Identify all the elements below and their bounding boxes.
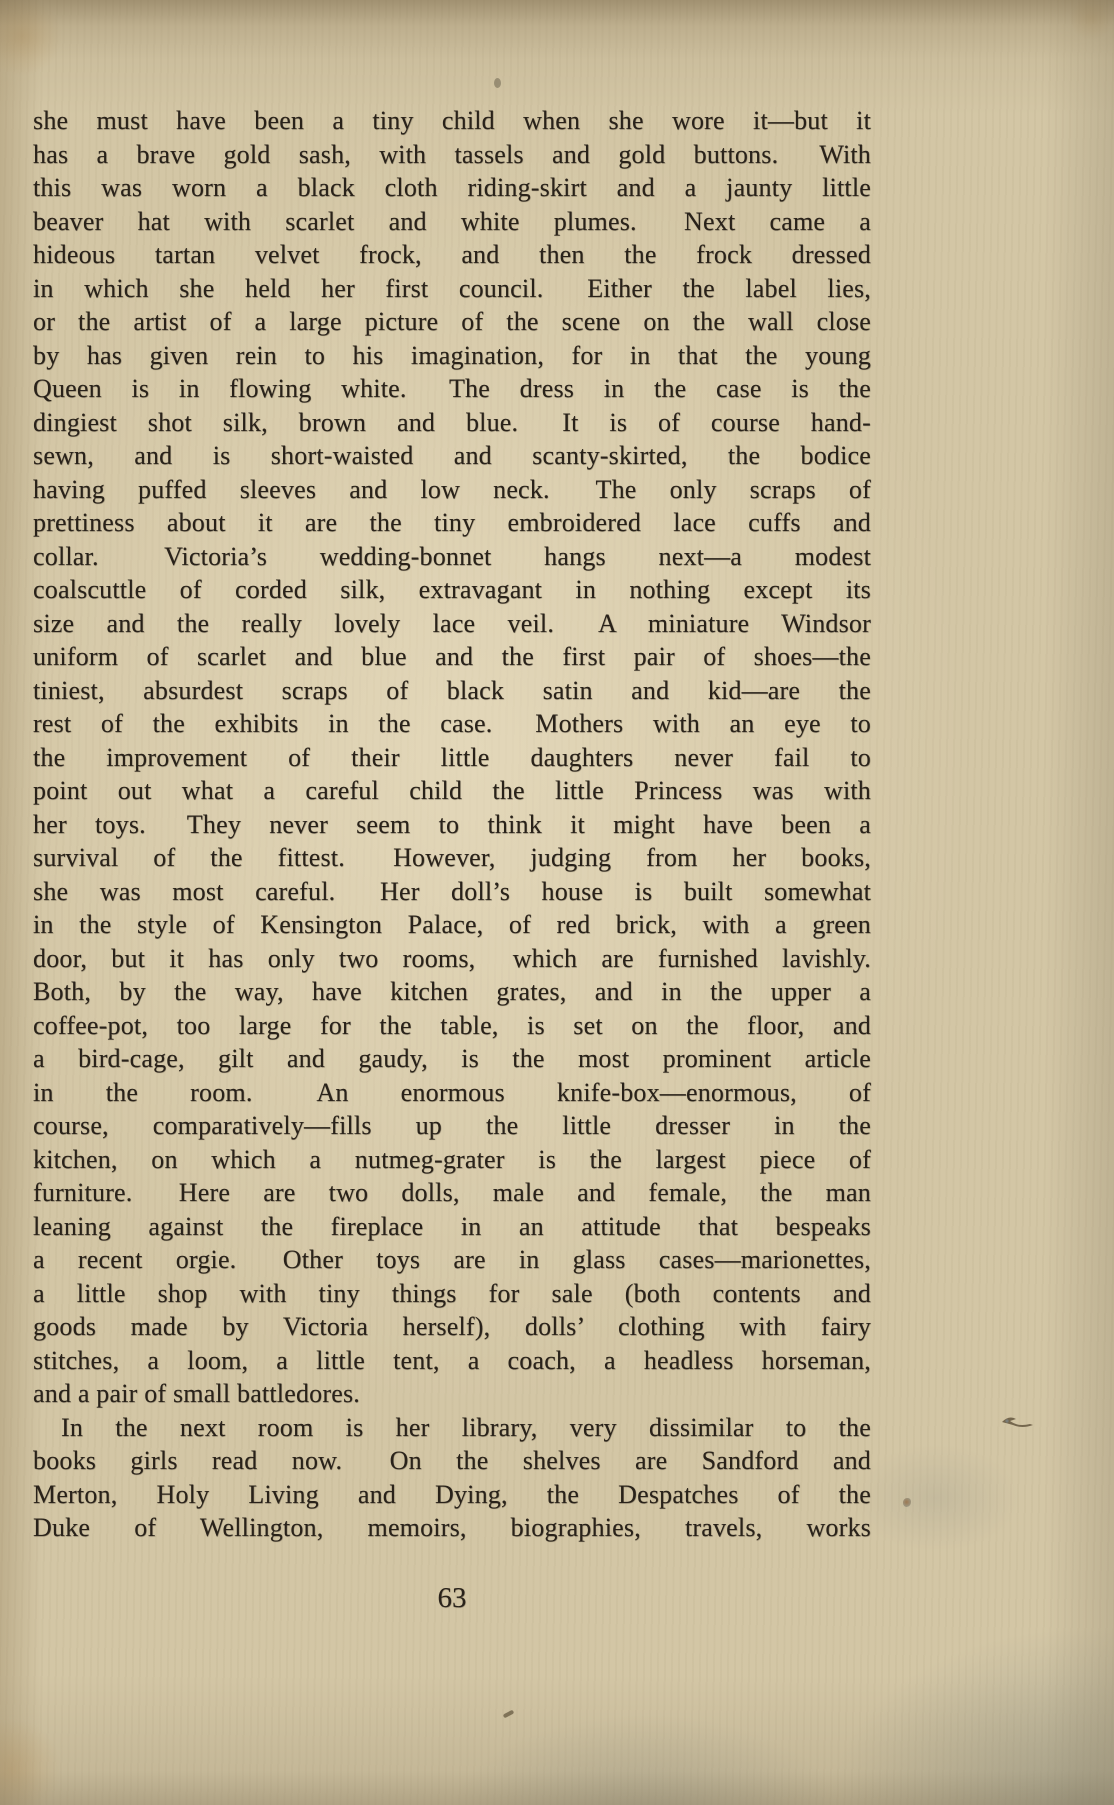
text-line: by has given rein to his imagination, fo… — [33, 339, 871, 373]
paragraph: she must have been a tiny child when she… — [33, 104, 871, 1411]
text-line: in which she held her first council. Eit… — [33, 272, 871, 306]
text-line: in the room. An enormous knife-box—enorm… — [33, 1076, 871, 1110]
text-line: or the artist of a large picture of the … — [33, 305, 871, 339]
text-line: kitchen, on which a nutmeg-grater is the… — [33, 1143, 871, 1177]
text-line: Queen is in flowing white. The dress in … — [33, 372, 871, 406]
text-line: goods made by Victoria herself), dolls’ … — [33, 1310, 871, 1344]
text-line: hideous tartan velvet frock, and then th… — [33, 238, 871, 272]
page-number: 63 — [33, 1578, 871, 1618]
text-line: door, but it has only two rooms, which a… — [33, 942, 871, 976]
text-line: in the style of Kensington Palace, of re… — [33, 908, 871, 942]
text-line: Duke of Wellington, memoirs, biographies… — [33, 1511, 871, 1545]
text-line: furniture. Here are two dolls, male and … — [33, 1176, 871, 1210]
text-line: rest of the exhibits in the case. Mother… — [33, 707, 871, 741]
page-text: she must have been a tiny child when she… — [33, 104, 871, 1545]
text-line: the improvement of their little daughter… — [33, 741, 871, 775]
text-line: having puffed sleeves and low neck. The … — [33, 473, 871, 507]
text-line: dingiest shot silk, brown and blue. It i… — [33, 406, 871, 440]
paragraph: In the next room is her library, very di… — [33, 1411, 871, 1545]
text-line: stitches, a loom, a little tent, a coach… — [33, 1344, 871, 1378]
text-line: books girls read now. On the shelves are… — [33, 1444, 871, 1478]
text-line: and a pair of small battledores. — [33, 1377, 871, 1411]
paper-speck — [903, 1498, 911, 1507]
text-line: Merton, Holy Living and Dying, the Despa… — [33, 1478, 871, 1512]
text-line: size and the really lovely lace veil. A … — [33, 607, 871, 641]
text-line: she must have been a tiny child when she… — [33, 104, 871, 138]
text-line: course, comparatively—fills up the littl… — [33, 1109, 871, 1143]
text-line: beaver hat with scarlet and white plumes… — [33, 205, 871, 239]
paper-speck — [494, 78, 501, 88]
text-line: point out what a careful child the littl… — [33, 774, 871, 808]
text-line: a little shop with tiny things for sale … — [33, 1277, 871, 1311]
text-line: coffee-pot, too large for the table, is … — [33, 1009, 871, 1043]
text-line: Both, by the way, have kitchen grates, a… — [33, 975, 871, 1009]
text-line: collar. Victoria’s wedding-bonnet hangs … — [33, 540, 871, 574]
text-line: prettiness about it are the tiny embroid… — [33, 506, 871, 540]
paper-speck — [503, 1710, 515, 1719]
book-page-scan: she must have been a tiny child when she… — [0, 0, 1114, 1805]
text-line: has a brave gold sash, with tassels and … — [33, 138, 871, 172]
text-line: her toys. They never seem to think it mi… — [33, 808, 871, 842]
text-line: survival of the fittest. However, judgin… — [33, 841, 871, 875]
text-line: coalscuttle of corded silk, extravagant … — [33, 573, 871, 607]
text-line: this was worn a black cloth riding-skirt… — [33, 171, 871, 205]
text-line: she was most careful. Her doll’s house i… — [33, 875, 871, 909]
text-line: sewn, and is short-waisted and scanty-sk… — [33, 439, 871, 473]
text-line: tiniest, absurdest scraps of black satin… — [33, 674, 871, 708]
text-line: In the next room is her library, very di… — [33, 1411, 871, 1445]
text-line: a bird-cage, gilt and gaudy, is the most… — [33, 1042, 871, 1076]
ink-smudge-mark — [1000, 1413, 1036, 1433]
text-line: uniform of scarlet and blue and the firs… — [33, 640, 871, 674]
text-line: leaning against the fireplace in an atti… — [33, 1210, 871, 1244]
text-line: a recent orgie. Other toys are in glass … — [33, 1243, 871, 1277]
